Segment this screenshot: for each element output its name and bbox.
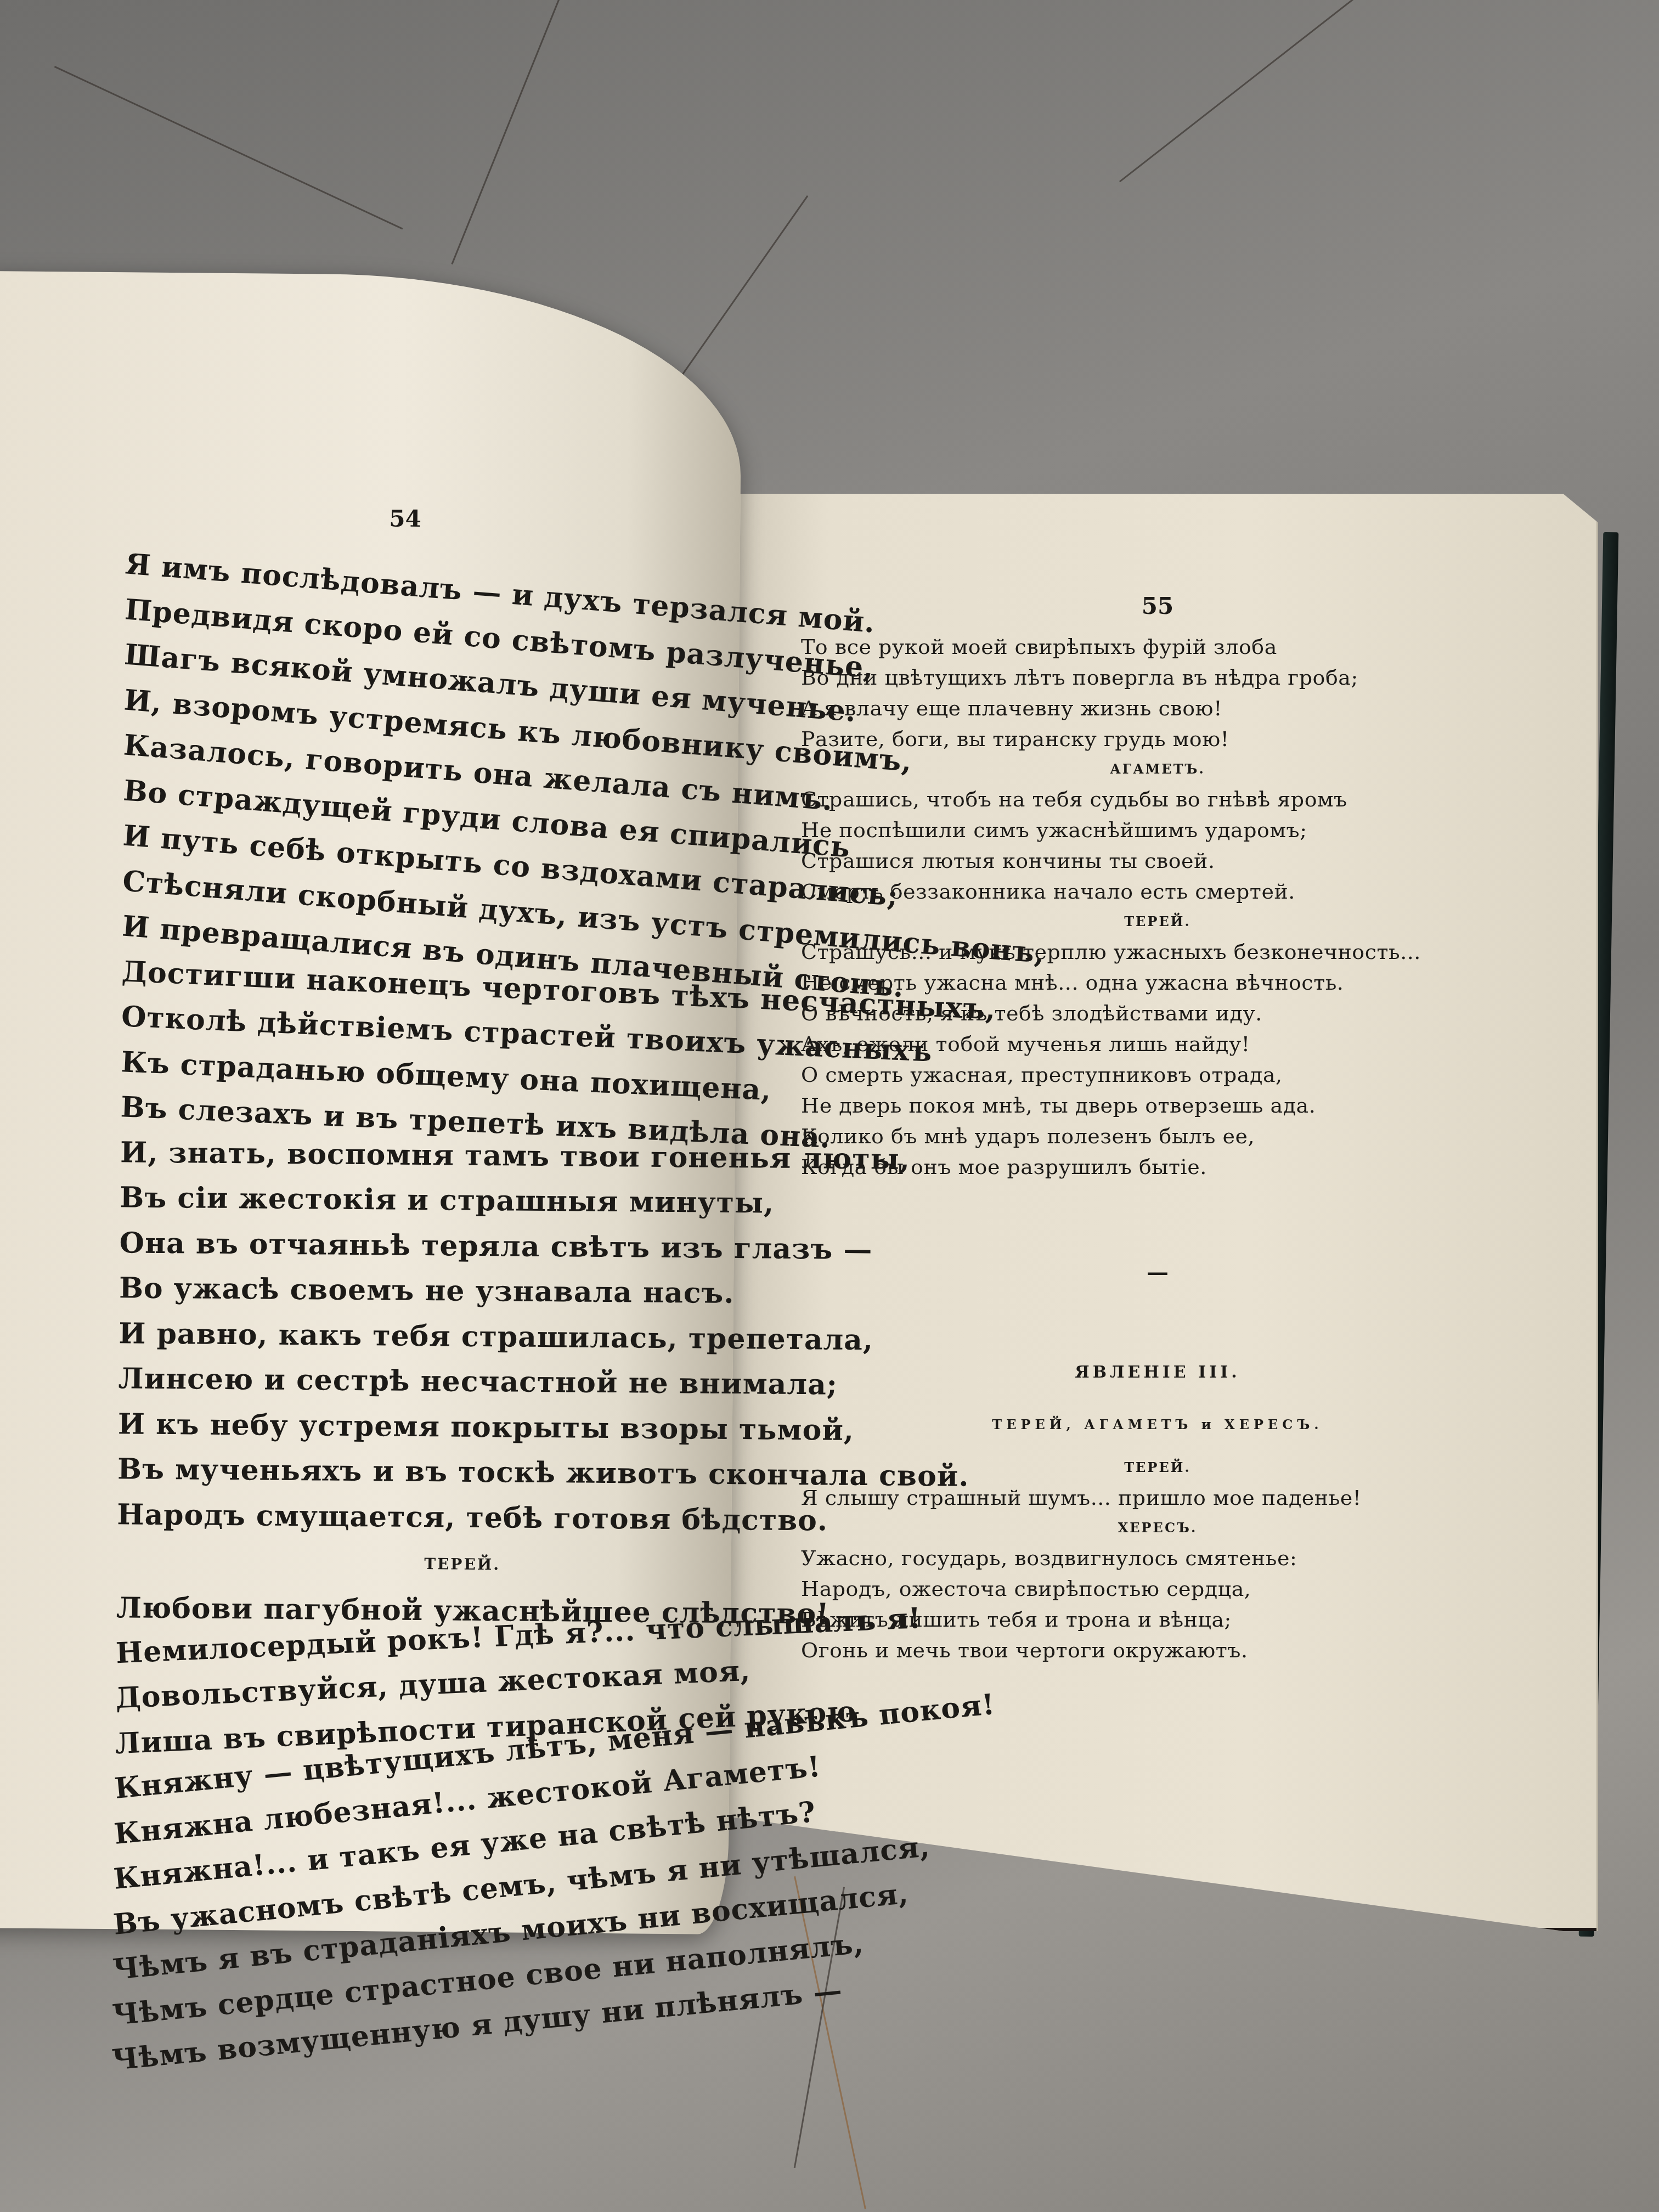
marble-vein — [451, 0, 560, 264]
speaker-name: ХЕРЕСЪ. — [801, 1513, 1514, 1543]
marble-vein — [54, 66, 403, 230]
verse-block: Любови пагубной ужаснѣйшее слѣдство! Нем… — [112, 1585, 720, 2089]
verse-line: Смерть беззаконника начало есть смертей. — [801, 876, 1514, 907]
page-number: 54 — [126, 503, 729, 535]
verse-line: Въ сіи жестокія и страшныя минуты, — [120, 1175, 724, 1226]
verse-line: Огонь и мечь твои чертоги окружаютъ. — [801, 1635, 1514, 1666]
verse-line: Во ужасѣ своемъ не узнавала насъ. — [119, 1266, 723, 1316]
left-page: 54 Я имъ послѣдовалъ — и духъ терзался м… — [0, 271, 742, 1934]
verse-line: Не поспѣшили симъ ужаснѣйшимъ ударомъ; — [801, 815, 1514, 845]
verse-line: Во дни цвѣтущихъ лѣтъ повергла въ нѣдра … — [801, 662, 1514, 693]
verse-line: Страшись, чтобъ на тебя судьбы во гнѣвѣ … — [801, 784, 1514, 815]
verse-line: А я влачу еще плачевну жизнь свою! — [801, 693, 1514, 724]
verse-line: Народъ, ожесточа свирѣпостью сердца, — [801, 1573, 1514, 1604]
marble-vein — [675, 195, 808, 385]
verse-line: Она въ отчаяньѣ теряла свѣтъ изъ глазъ — — [119, 1221, 723, 1271]
cast-list: ТЕРЕЙ, АГАМЕТЪ и ХЕРЕСЪ. — [801, 1411, 1514, 1438]
verse-line: Ужасно, государь, воздвигнулось смятенье… — [801, 1543, 1514, 1573]
verse-line: Страшися лютыя кончины ты своей. — [801, 845, 1514, 876]
verse-line: И равно, какъ тебя страшилась, трепетала… — [119, 1311, 723, 1362]
verse-line: То все рукой моей свирѣпыхъ фурій злоба — [801, 631, 1514, 662]
page-number: 55 — [801, 592, 1514, 619]
verse-line: Линсею и сестрѣ несчастной не внимала; — [118, 1356, 722, 1407]
speaker-name: ТЕРЕЙ. — [116, 1537, 720, 1591]
verse-block: То все рукой моей свирѣпыхъ фурій злоба … — [801, 631, 1514, 754]
scene-heading: ЯВЛЕНІЕ III. — [801, 1356, 1514, 1389]
verse-line: И къ небу устремя покрыты взоры тьмой, — [118, 1402, 722, 1452]
section-divider: — — [801, 1259, 1514, 1285]
verse-line: Не дверь покоя мнѣ, ты дверь отверзешь а… — [801, 1090, 1514, 1121]
left-page-content: 54 Я имъ послѣдовалъ — и духъ терзался м… — [112, 503, 729, 2089]
marble-vein — [794, 1876, 866, 2209]
verse-line: Народъ смущается, тебѣ готовя бѣдство. — [117, 1492, 721, 1543]
verse-block: Я имъ послѣдовалъ — и духъ терзался мой.… — [117, 541, 729, 1543]
verse-line: Въ мученьяхъ и въ тоскѣ животъ скончала … — [117, 1447, 721, 1497]
marble-vein — [1119, 0, 1509, 182]
verse-block: Страшись, чтобъ на тебя судьбы во гнѣвѣ … — [801, 784, 1514, 907]
